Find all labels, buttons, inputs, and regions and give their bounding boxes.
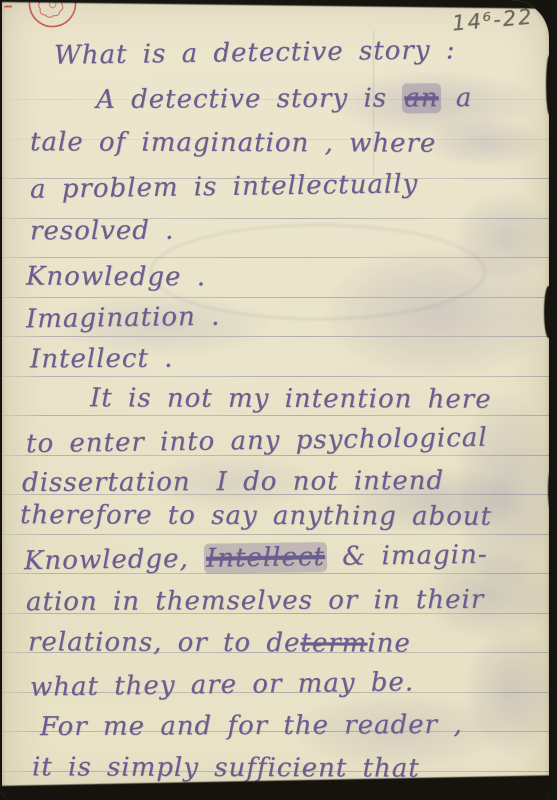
ruled-line xyxy=(2,534,549,535)
struck-word: term xyxy=(300,628,367,658)
handwritten-text: Knowledge . xyxy=(26,262,206,293)
handwritten-text: Intellect . xyxy=(30,344,174,375)
manuscript-line: A detective story is an a xyxy=(96,83,472,115)
ink-showthrough xyxy=(457,195,549,280)
handwritten-text: Imagination . xyxy=(26,302,221,335)
ink-showthrough xyxy=(427,120,542,165)
manuscript-line: Knowledge, Intellect & imagin- xyxy=(24,540,488,576)
handwritten-text: I do not intend xyxy=(216,466,444,497)
ink-showthrough xyxy=(467,630,549,755)
manuscript-page: What is a detective story :A detective s… xyxy=(2,0,549,796)
manuscript-line: ation in themselves or in their xyxy=(26,585,484,617)
handwritten-text: A detective story is xyxy=(96,83,402,115)
manuscript-line: resolved . xyxy=(30,216,175,247)
manuscript-line: therefore to say anything about xyxy=(20,500,492,532)
ruled-line xyxy=(2,257,549,258)
manuscript-line: dissertationI do not intend xyxy=(22,466,444,498)
ruled-line xyxy=(2,415,549,416)
handwritten-text: It is not my intention here xyxy=(90,383,492,414)
handwritten-text: tale of imagination , where xyxy=(30,127,436,158)
handwritten-text: ine xyxy=(367,629,411,659)
ruled-line xyxy=(2,336,549,337)
handwritten-text: dissertation xyxy=(22,467,191,498)
manuscript-line: tale of imagination , where xyxy=(30,127,436,158)
handwritten-text: Knowledge, xyxy=(24,544,204,577)
handwritten-text: relations, or to de xyxy=(28,627,301,658)
folio-number: 14⁶-22 xyxy=(451,4,534,35)
manuscript-photo: { "palette": { "background": "#16140f", … xyxy=(0,0,557,800)
paper-edge-notch xyxy=(544,286,549,338)
handwritten-text: a xyxy=(440,83,472,113)
paper-edge-notch xyxy=(548,470,549,510)
handwritten-text: & imagin- xyxy=(327,540,488,572)
handwritten-text: what they are or may be. xyxy=(30,667,414,702)
manuscript-line: a problem is intellectually xyxy=(30,169,419,204)
handwritten-text: a problem is intellectually xyxy=(30,169,419,204)
struck-word: an xyxy=(402,83,440,113)
manuscript-line: It is not my intention here xyxy=(90,383,492,414)
ruled-line xyxy=(2,297,549,298)
stamp-emblem xyxy=(37,0,65,19)
struck-word: Intellect xyxy=(204,542,327,574)
handwritten-text: ation in themselves or in their xyxy=(26,585,484,617)
manuscript-line: Knowledge . xyxy=(26,262,206,293)
manuscript-line: Intellect . xyxy=(30,344,174,375)
stamp-inner-circle xyxy=(26,0,79,30)
manuscript-line: what they are or may be. xyxy=(30,667,414,702)
paper-edge-notch xyxy=(546,55,549,115)
ink-showthrough xyxy=(327,250,549,375)
manuscript-line: For me and for the reader , xyxy=(40,710,463,742)
handwritten-text: resolved . xyxy=(30,216,175,247)
ruled-line xyxy=(2,376,549,377)
manuscript-line: relations, or to determine xyxy=(28,627,411,658)
handwritten-text: therefore to say anything about xyxy=(20,500,492,532)
handwritten-text: For me and for the reader , xyxy=(40,710,463,742)
manuscript-line: Imagination . xyxy=(26,302,221,335)
